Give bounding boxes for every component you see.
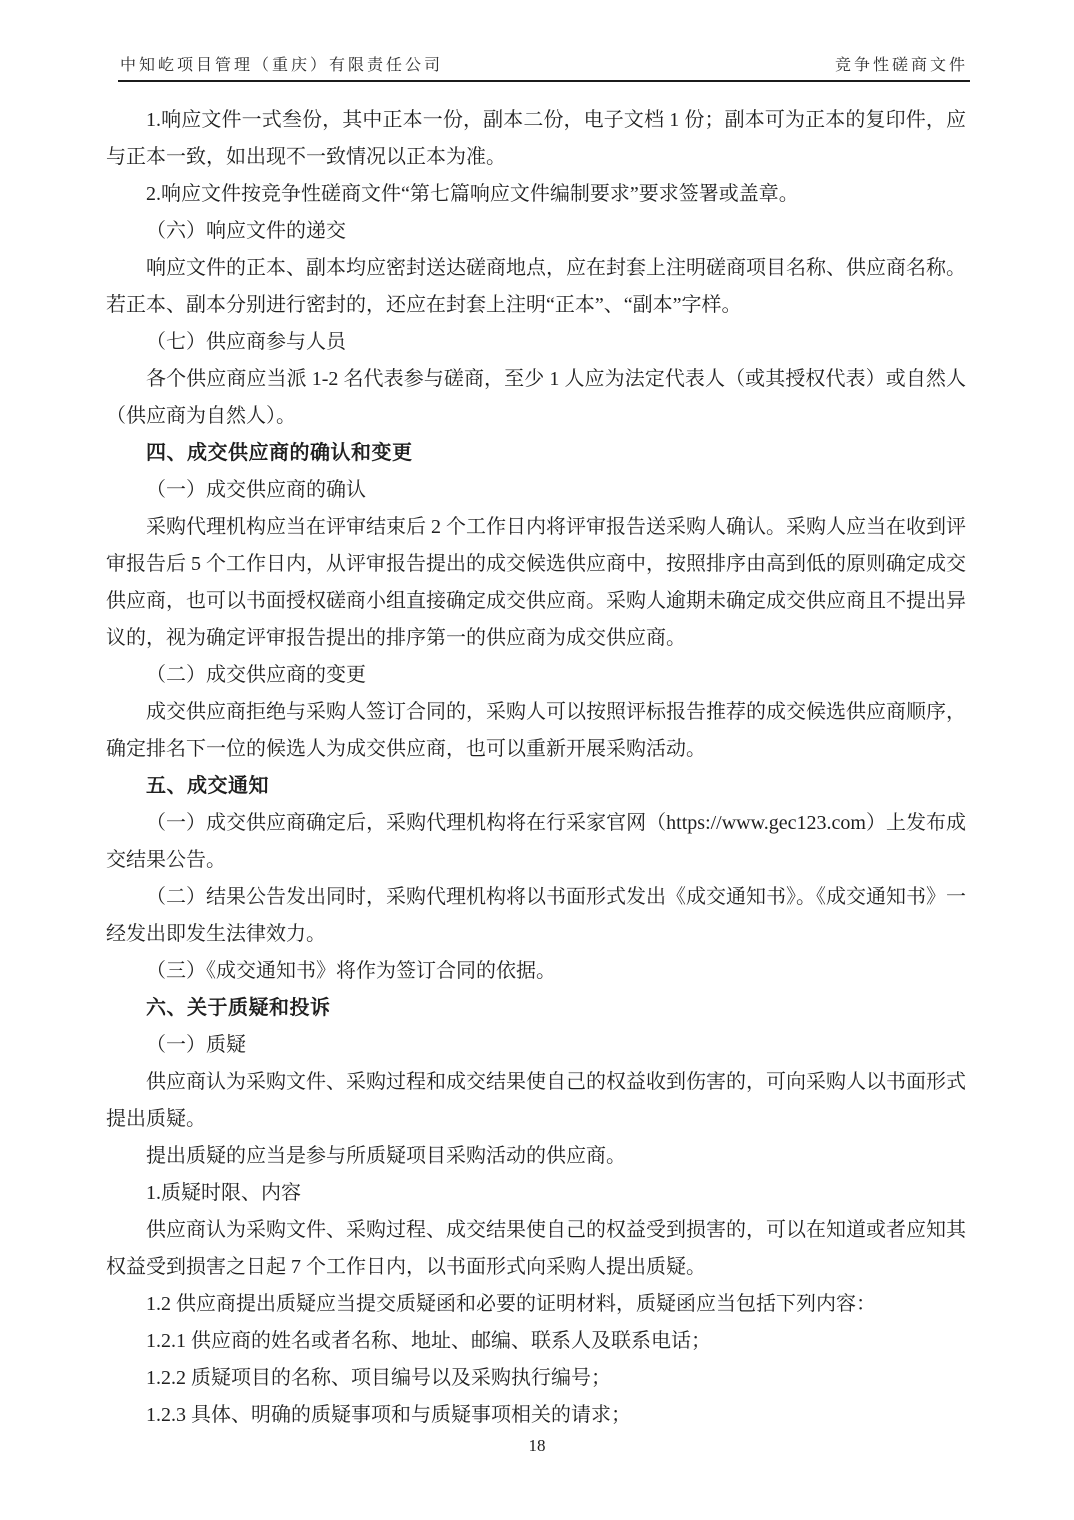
header-company-name: 中知屹项目管理（重庆）有限责任公司 (120, 52, 443, 75)
paragraph: （二）结果公告发出同时，采购代理机构将以书面形式发出《成交通知书》。《成交通知书… (106, 879, 966, 953)
paragraph: 2.响应文件按竞争性磋商文件“第七篇响应文件编制要求”要求签署或盖章。 (106, 176, 966, 213)
paragraph: 提出质疑的应当是参与所质疑项目采购活动的供应商。 (106, 1138, 966, 1175)
paragraph: 1.2 供应商提出质疑应当提交质疑函和必要的证明材料，质疑函应当包括下列内容： (106, 1286, 966, 1323)
paragraph: 供应商认为采购文件、采购过程、成交结果使自己的权益受到损害的，可以在知道或者应知… (106, 1212, 966, 1286)
page-header: 中知屹项目管理（重庆）有限责任公司 竞争性磋商文件 (120, 52, 968, 75)
paragraph: （一）质疑 (106, 1027, 966, 1064)
paragraph: （二）成交供应商的变更 (106, 657, 966, 694)
page-number: 18 (529, 1436, 546, 1455)
paragraph: 1.质疑时限、内容 (106, 1175, 966, 1212)
paragraph: 1.2.2 质疑项目的名称、项目编号以及采购执行编号； (106, 1360, 966, 1397)
paragraph: 采购代理机构应当在评审结束后 2 个工作日内将评审报告送采购人确认。采购人应当在… (106, 509, 966, 657)
document-page: 中知屹项目管理（重庆）有限责任公司 竞争性磋商文件 1.响应文件一式叁份，其中正… (0, 0, 1074, 1520)
paragraph: （七）供应商参与人员 (106, 324, 966, 361)
paragraph: （六）响应文件的递交 (106, 213, 966, 250)
section-heading: 六、关于质疑和投诉 (106, 990, 966, 1027)
paragraph: 响应文件的正本、副本均应密封送达磋商地点，应在封套上注明磋商项目名称、供应商名称… (106, 250, 966, 324)
paragraph: 1.2.3 具体、明确的质疑事项和与质疑事项相关的请求； (106, 1397, 966, 1434)
header-document-type: 竞争性磋商文件 (835, 52, 968, 75)
paragraph: （三）《成交通知书》将作为签订合同的依据。 (106, 953, 966, 990)
paragraph: 1.响应文件一式叁份，其中正本一份，副本二份，电子文档 1 份；副本可为正本的复… (106, 102, 966, 176)
section-heading: 五、成交通知 (106, 768, 966, 805)
paragraph: （一）成交供应商确定后，采购代理机构将在行采家官网（https://www.ge… (106, 805, 966, 879)
document-body: 1.响应文件一式叁份，其中正本一份，副本二份，电子文档 1 份；副本可为正本的复… (106, 102, 966, 1434)
page-footer: 18 (0, 1436, 1074, 1456)
header-rule (118, 80, 970, 82)
paragraph: 供应商认为采购文件、采购过程和成交结果使自己的权益收到伤害的，可向采购人以书面形… (106, 1064, 966, 1138)
paragraph: （一）成交供应商的确认 (106, 472, 966, 509)
paragraph: 1.2.1 供应商的姓名或者名称、地址、邮编、联系人及联系电话； (106, 1323, 966, 1360)
section-heading: 四、成交供应商的确认和变更 (106, 435, 966, 472)
paragraph: 成交供应商拒绝与采购人签订合同的，采购人可以按照评标报告推荐的成交候选供应商顺序… (106, 694, 966, 768)
paragraph: 各个供应商应当派 1-2 名代表参与磋商，至少 1 人应为法定代表人（或其授权代… (106, 361, 966, 435)
